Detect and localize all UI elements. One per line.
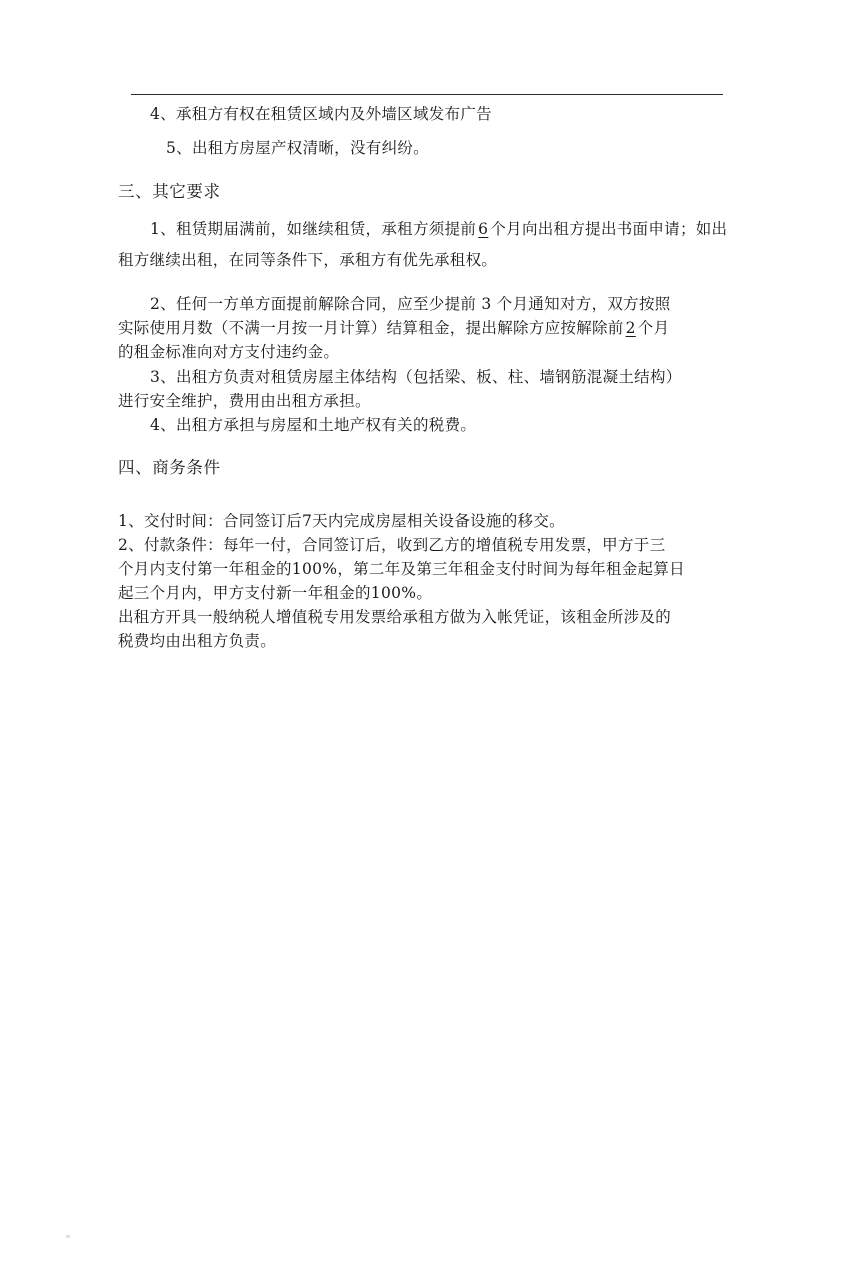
document-page: 4、承租方有权在租赁区域内及外墙区域发布广告 5、出租方房屋产权清晰，没有纠纷。… <box>0 0 850 1276</box>
commercial-item-2-line-2: 个月内支付第一年租金的100%，第二年及第三年租金支付时间为每年租金起算日 <box>118 559 685 579</box>
text-segment: 个月 <box>638 319 670 337</box>
clause-text: 承租方有权在租赁区域内及外墙区域发布广告 <box>176 105 492 123</box>
invoice-note-line-1: 出租方开具一般纳税人增值税专用发票给承租方做为入帐凭证，该租金所涉及的 <box>118 607 671 627</box>
other-req-item-2-line-1: 2、任何一方单方面提前解除合同，应至少提前 3 个月通知对方，双方按照 <box>150 294 671 314</box>
clause-item-5: 5、出租方房屋产权清晰，没有纠纷。 <box>166 138 429 158</box>
other-req-item-1-line-1: 1、租赁期届满前，如继续租赁，承租方须提前6个月向出租方提出书面申请；如出 <box>150 219 727 239</box>
other-req-item-4: 4、出租方承担与房屋和土地产权有关的税费。 <box>150 415 476 435</box>
commercial-item-2-line-1: 2、付款条件：每年一付，合同签订后，收到乙方的增值税专用发票，甲方于三 <box>118 535 665 555</box>
text-segment: 1、租赁期届满前，如继续租赁，承租方须提前 <box>150 220 476 238</box>
text-segment: 实际使用月数（不满一月按一月计算）结算租金，提出解除方应按解除前 <box>118 319 624 337</box>
clause-item-4: 4、承租方有权在租赁区域内及外墙区域发布广告 <box>150 104 492 124</box>
commercial-item-2-line-3: 起三个月内，甲方支付新一年租金的100%。 <box>118 583 432 603</box>
invoice-note-line-2: 税费均由出租方负责。 <box>118 631 276 651</box>
header-rule <box>131 94 723 95</box>
commercial-item-1: 1、交付时间：合同签订后7天内完成房屋相关设备设施的移交。 <box>118 511 565 531</box>
text-segment: 个月向出租方提出书面申请；如出 <box>490 220 727 238</box>
notice-months-value: 6 <box>476 220 490 238</box>
section-heading-commercial-terms: 四、商务条件 <box>118 458 221 478</box>
other-req-item-2-line-3: 的租金标准向对方支付违约金。 <box>118 342 339 362</box>
other-req-item-1-line-2: 租方继续出租，在同等条件下，承租方有优先承租权。 <box>118 250 497 270</box>
clause-number: 4、 <box>150 105 176 123</box>
section-heading-other-requirements: 三、其它要求 <box>118 182 221 202</box>
clause-text: 出租方房屋产权清晰，没有纠纷。 <box>192 139 429 157</box>
other-req-item-3-line-1: 3、出租方负责对租赁房屋主体结构（包括梁、板、柱、墙钢筋混凝土结构） <box>150 367 682 387</box>
other-req-item-3-line-2: 进行安全维护，费用由出租方承担。 <box>118 391 371 411</box>
clause-number: 5、 <box>166 139 192 157</box>
scan-artifact <box>66 1235 70 1238</box>
penalty-months-value: 2 <box>624 319 638 337</box>
other-req-item-2-line-2: 实际使用月数（不满一月按一月计算）结算租金，提出解除方应按解除前2个月 <box>118 318 669 338</box>
